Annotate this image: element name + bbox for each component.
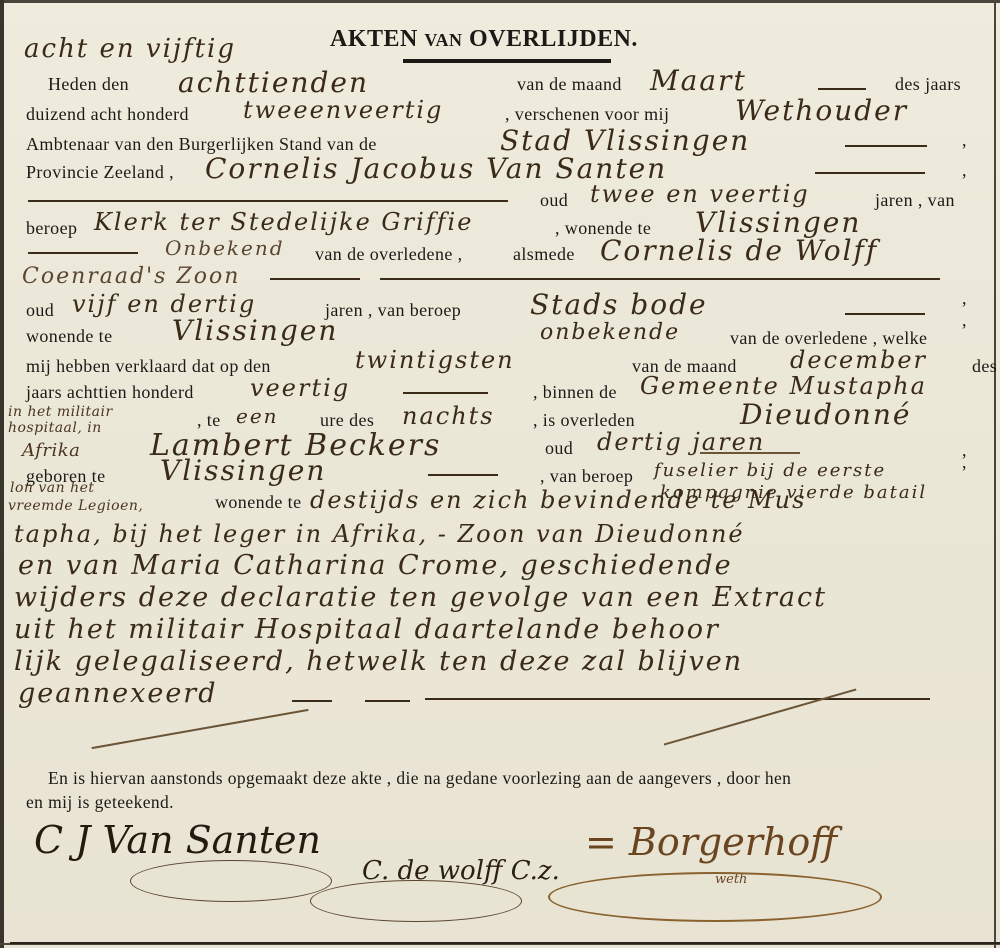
printed-heden-den: Heden den xyxy=(48,74,129,95)
fill-dash xyxy=(845,145,927,147)
printed-oud-3: oud xyxy=(545,438,573,459)
title-van: VAN xyxy=(424,30,462,50)
printed-wonende-te-2: wonende te xyxy=(26,326,112,347)
page-bottom-rule xyxy=(10,942,1000,944)
printed-verschenen: , verschenen voor mij xyxy=(505,104,669,125)
fill-dash xyxy=(700,452,800,454)
hw-declarant2-suffix: Coenraad's Zoon xyxy=(22,264,240,289)
printed-closing-line-1: En is hiervan aanstonds opgemaakt deze a… xyxy=(48,768,791,789)
fill-dash xyxy=(292,700,332,702)
signature-flourish xyxy=(130,860,332,902)
hw-declarant2-occupation: Stads bode xyxy=(530,288,708,321)
death-certificate-page: AKTEN VAN OVERLIJDEN. acht en vijftig He… xyxy=(0,0,1000,948)
printed-comma: , xyxy=(962,130,967,151)
printed-alsmede: alsmede xyxy=(513,244,575,265)
fill-line xyxy=(380,278,940,280)
hw-line-21: lijk gelegaliseerd, hetwelk ten deze zal… xyxy=(14,646,743,677)
hw-declarant1-relation: Onbekend xyxy=(165,236,285,260)
printed-jaren-van: jaren , van xyxy=(875,190,955,211)
hw-hour: een xyxy=(236,404,279,428)
printed-van-de-overledene: van de overledene , xyxy=(315,244,463,265)
hw-line-20: uit het militair Hospitaal daartelande b… xyxy=(14,614,720,645)
hw-margin-note-5: vreemde Legioen, xyxy=(8,498,143,514)
fill-dash xyxy=(815,172,925,174)
hw-year: tweeenveertig xyxy=(243,96,443,124)
fill-dash xyxy=(270,278,360,280)
fill-dash xyxy=(428,474,498,476)
hw-declarant2-relation: onbekende xyxy=(540,320,680,345)
printed-comma: , xyxy=(962,288,967,309)
printed-comma: , xyxy=(962,310,967,331)
signature-flourish xyxy=(548,872,882,922)
fill-dash xyxy=(403,392,488,394)
fill-dash xyxy=(365,700,410,702)
closing-stroke xyxy=(92,709,309,749)
signature-van-santen: C J Van Santen xyxy=(34,818,321,862)
fill-line xyxy=(425,698,930,700)
hw-birthplace: Vlissingen xyxy=(160,454,326,487)
document-title: AKTEN VAN OVERLIJDEN. xyxy=(330,26,638,53)
printed-achttien-honderd: jaars achttien honderd xyxy=(26,382,194,403)
title-underline xyxy=(403,59,611,63)
hw-month: Maart xyxy=(650,64,747,97)
fill-line xyxy=(28,200,508,202)
hw-official: Wethouder xyxy=(735,94,908,127)
hw-margin-note-4: lon van het xyxy=(10,480,95,496)
hw-line-18: en van Maria Catharina Crome, geschieden… xyxy=(18,550,733,581)
printed-des-jaars: des jaars xyxy=(895,74,961,95)
act-number: acht en vijftig xyxy=(24,34,236,64)
printed-closing-line-2: en mij is geteekend. xyxy=(26,792,174,813)
printed-comma: , xyxy=(962,452,967,473)
page-border-right xyxy=(994,0,996,948)
printed-binnen-de: , binnen de xyxy=(533,382,617,403)
hw-margin-note-2: hospitaal, in xyxy=(8,420,102,436)
hw-line-19: wijders deze declaratie ten gevolge van … xyxy=(14,582,827,613)
title-overlijden: OVERLIJDEN. xyxy=(469,26,638,52)
hw-death-year: veertig xyxy=(250,374,350,402)
printed-verklaard: mij hebben verklaard dat op den xyxy=(26,356,271,377)
page-border-left xyxy=(0,0,4,948)
hw-line-17: tapha, bij het leger in Afrika, - Zoon v… xyxy=(14,520,745,548)
page-border-top xyxy=(0,0,1000,3)
hw-occupation-line1: fuselier bij de eerste xyxy=(654,460,886,481)
printed-duizend-acht-honderd: duizend acht honderd xyxy=(26,104,189,125)
signature-flourish xyxy=(310,880,522,922)
fill-dash xyxy=(818,88,866,90)
printed-oud-2: oud xyxy=(26,300,54,321)
printed-jaren-van-beroep: jaren , van beroep xyxy=(325,300,461,321)
printed-comma: , xyxy=(962,160,967,181)
fill-dash xyxy=(28,252,138,254)
hw-death-day: twintigsten xyxy=(355,346,515,374)
closing-stroke xyxy=(664,688,857,745)
printed-van-beroep: , van beroep xyxy=(540,466,633,487)
hw-line-22: geannexeerd xyxy=(18,678,218,709)
hw-declarant2-residence: Vlissingen xyxy=(172,314,338,347)
printed-van-de-maand: van de maand xyxy=(517,74,622,95)
title-akten: AKTEN xyxy=(330,26,418,52)
printed-wonende-te-3: wonende te xyxy=(215,492,301,513)
hw-declarant1-age: twee en veertig xyxy=(590,180,810,208)
fill-dash xyxy=(845,313,925,315)
printed-des: des xyxy=(972,356,997,377)
printed-provincie-zeeland: Provincie Zeeland , xyxy=(26,162,174,183)
hw-deceased-first-name: Dieudonné xyxy=(740,398,911,431)
printed-beroep: beroep xyxy=(26,218,77,239)
hw-declarant2-name: Cornelis de Wolff xyxy=(600,234,878,267)
hw-line-16: destijds en zich bevindende te Mus xyxy=(310,486,806,514)
printed-oud: oud xyxy=(540,190,568,211)
hw-day: achttienden xyxy=(178,66,369,99)
hw-margin-note-1: in het militair xyxy=(8,404,113,420)
hw-declarant1-occupation: Klerk ter Stedelijke Griffie xyxy=(94,208,473,236)
hw-time-of-day: nachts xyxy=(402,402,495,430)
hw-death-place: Gemeente Mustapha xyxy=(640,372,927,400)
hw-margin-note-3: Afrika xyxy=(22,440,80,461)
signature-borgerhoff: = Borgerhoff xyxy=(585,820,837,864)
hw-death-month: december xyxy=(790,346,927,374)
